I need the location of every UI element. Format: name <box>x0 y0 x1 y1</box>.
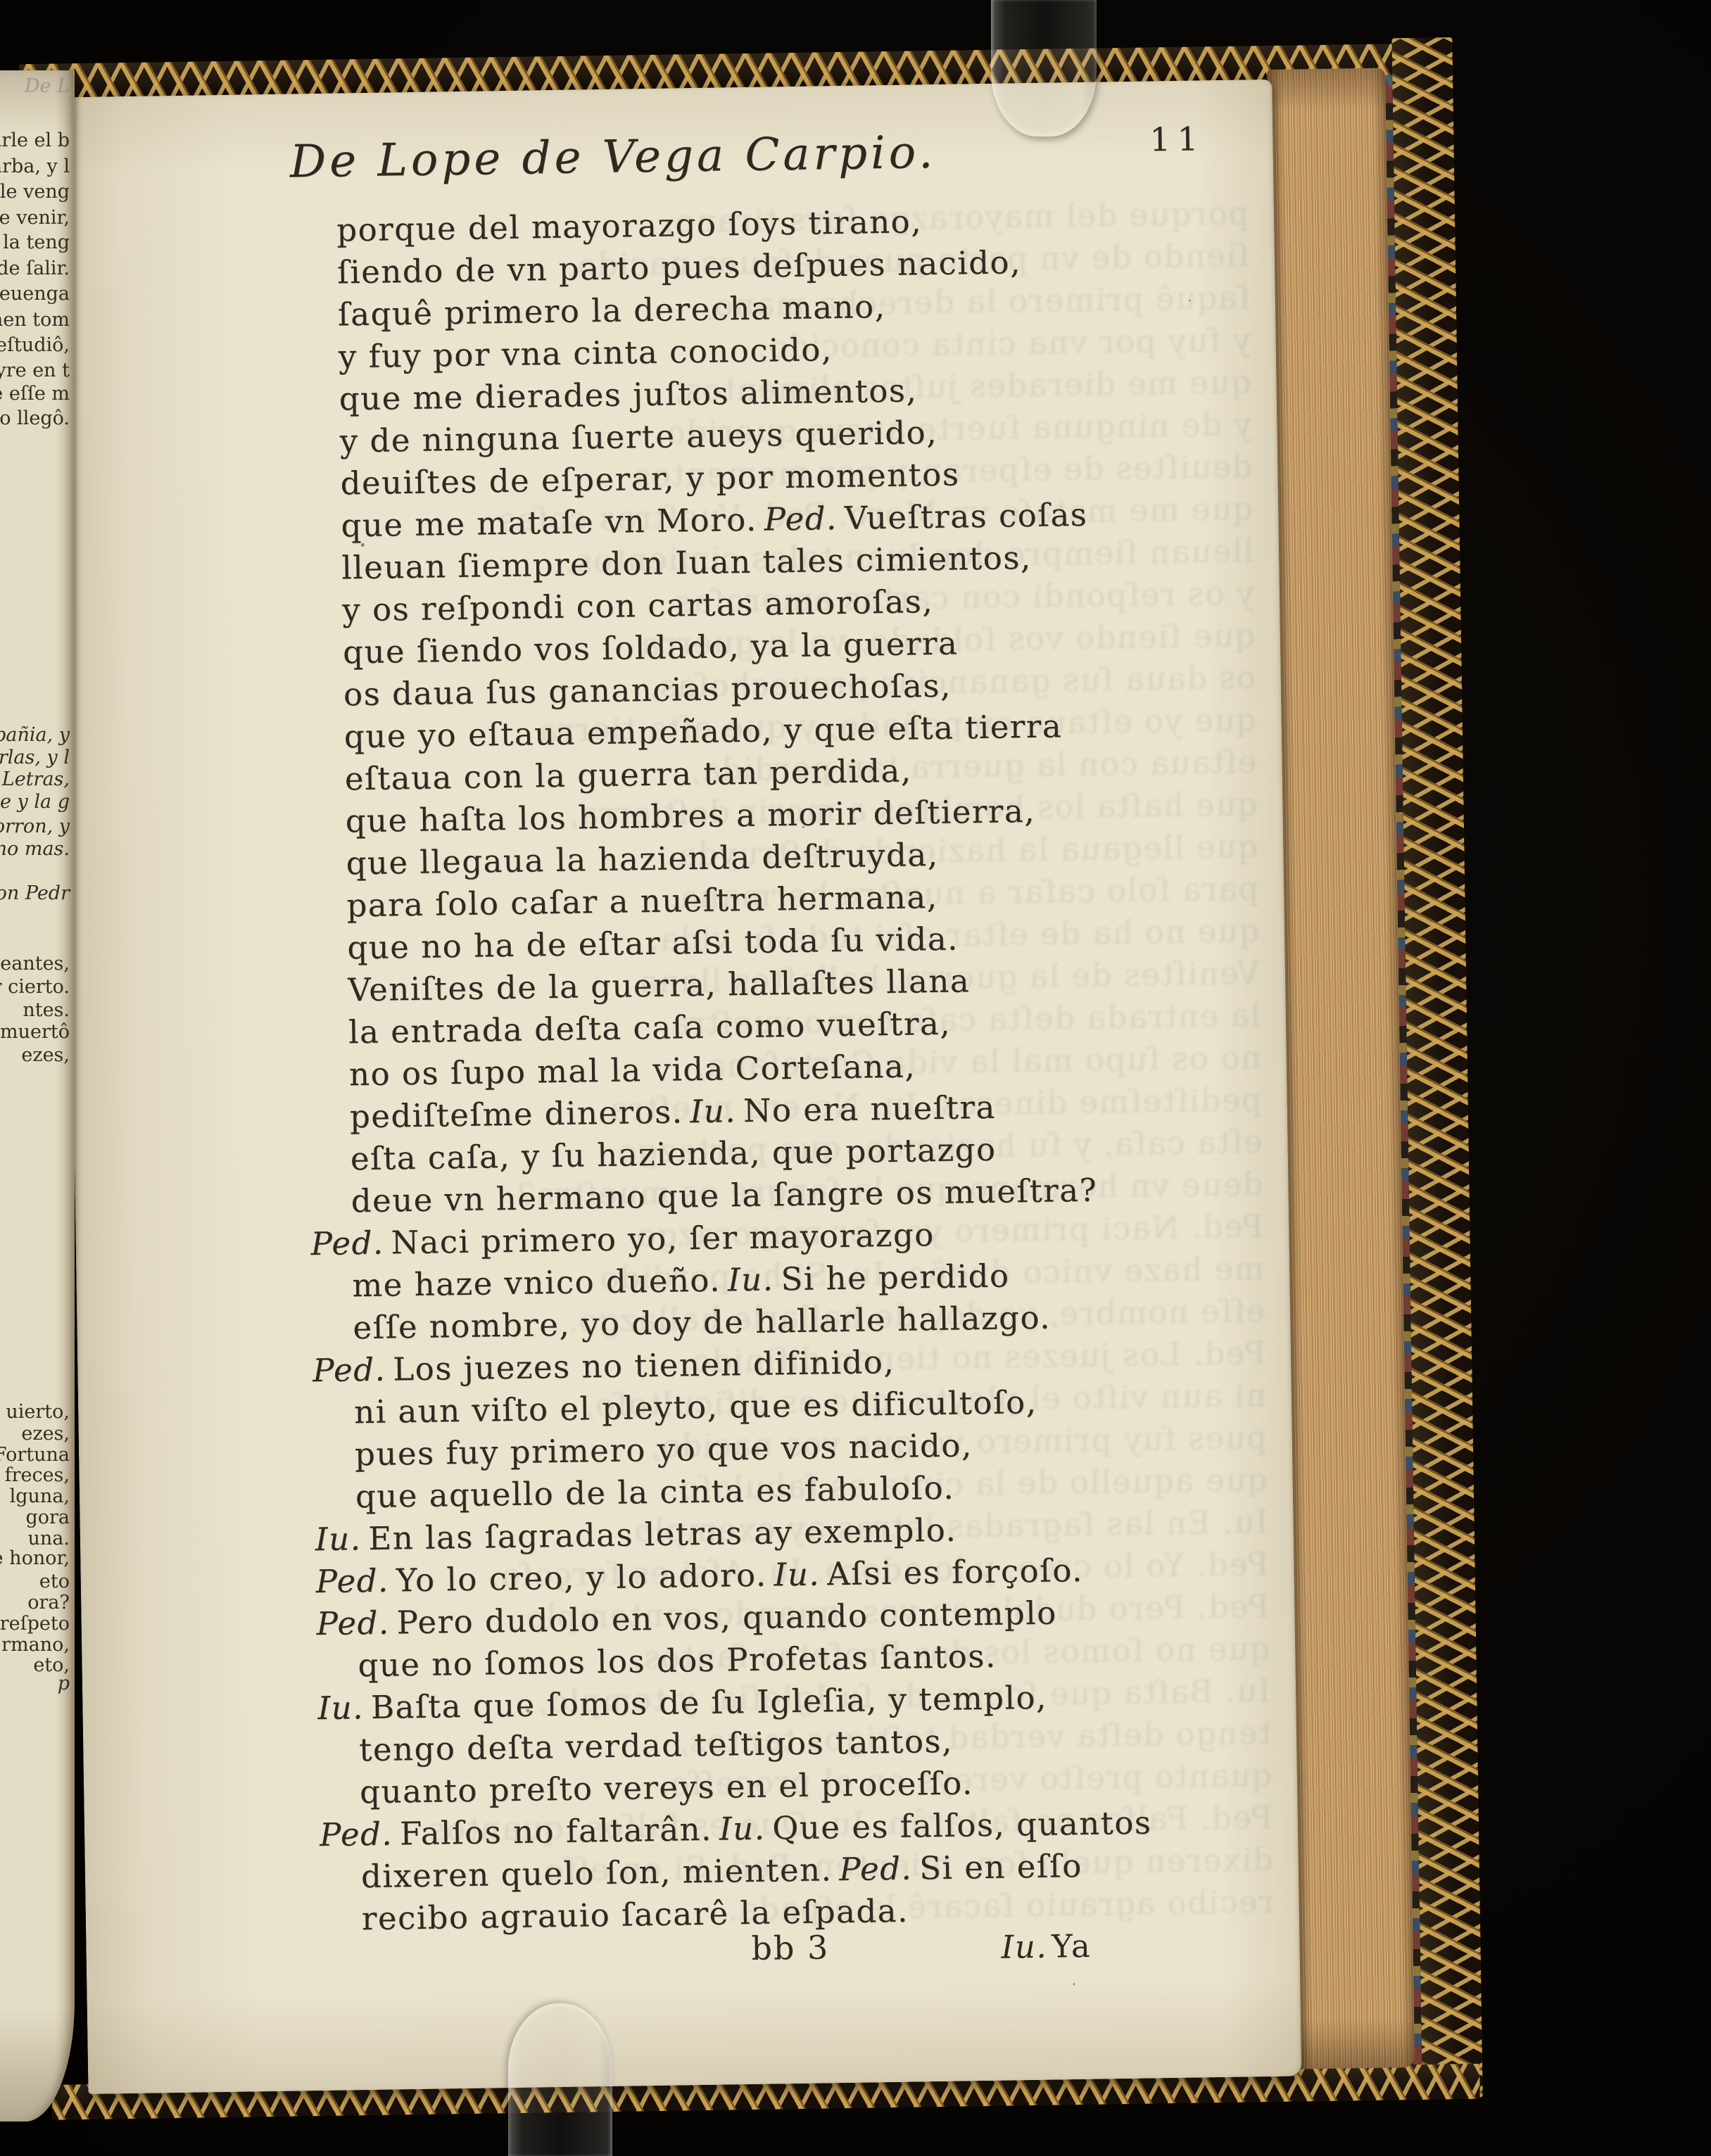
speaker-abbrev: Ped. <box>316 1604 396 1643</box>
speaker-abbrev: Iu. <box>315 1520 367 1558</box>
verso-text-fragment: donayre en t <box>0 360 70 381</box>
verse-text: deue vn hermano que la ſangre os mueſtra… <box>351 1172 1097 1220</box>
verse-text: y fuy por vna cinta conocido, <box>339 331 833 375</box>
verso-text-fragment: r cierto. <box>0 977 70 998</box>
verse-text: que me dierades juſtos alimentos, <box>339 372 917 417</box>
verso-text-fragment: arda de Letras, <box>0 769 70 790</box>
verso-text-fragment: ntes. <box>23 1000 70 1021</box>
verse-text: que yo eſtaua empeñado, y que eſta tierr… <box>344 707 1063 755</box>
verso-text-fragment: â ſin barba, y l <box>0 156 70 177</box>
verso-text-fragment: nteras muertô <box>0 1022 70 1043</box>
verso-text-fragment: puntarle el b <box>0 130 70 151</box>
verso-text-fragment: gora <box>25 1507 70 1528</box>
verso-text-fragment: ezes, <box>21 1045 70 1066</box>
verse-text: dixeren quelo ſon, mienten. <box>361 1851 833 1895</box>
running-title: De Lope de Vega Carpio. <box>289 127 937 189</box>
verse-text: me haze vnico dueño. <box>352 1262 721 1305</box>
verse-text: Vueſtras coſas <box>842 496 1087 537</box>
catchword-speaker: Iu. <box>1001 1928 1052 1966</box>
verse-text: Veniſtes de la guerra, hallaſtes llana <box>348 962 971 1008</box>
transparent-strap-top <box>991 0 1097 137</box>
verse-text: eſtaua con la guerra tan perdida, <box>344 752 911 797</box>
verse-text: no os ſupo mal la vida Corteſana, <box>349 1047 916 1093</box>
transparent-strap-bottom <box>508 2003 612 2156</box>
verse-text: eſta caſa, y ſu hazienda, que portazgo <box>350 1131 996 1178</box>
verse-text: ſiendo de vn parto pues deſpues nacido, <box>337 243 1021 291</box>
book-page: porque del mayorazgo ſoys tirano,ſiendo … <box>58 80 1301 2094</box>
verse-text: Si en eſſo <box>918 1847 1082 1886</box>
verso-text-fragment: Capigorron, y <box>0 816 70 837</box>
verse-text-block: porque del mayorazgo ſoys tirano,ſiendo … <box>296 196 1285 1941</box>
verse-text: Que es falſos, quantos <box>771 1804 1152 1847</box>
verso-text-fragment: la compañia, y <box>0 725 70 746</box>
verse-text: os daua ſus ganancias prouechoſas, <box>343 667 952 714</box>
verso-text-fragment: ſerâ de eſſe m <box>0 383 70 405</box>
speaker-abbrev: Iu. <box>766 1555 826 1593</box>
verse-text: que aquello de la cinta es fabuloſo. <box>355 1469 955 1516</box>
verso-text-fragment: quando la teng <box>0 232 70 253</box>
verse-text: la entrada deſta caſa como vueſtra, <box>348 1005 952 1051</box>
speaker-abbrev: Ped. <box>832 1850 918 1889</box>
page-number: 11 <box>1149 120 1205 158</box>
verse-text: lleuan ſiempre don Iuan tales cimientos, <box>341 539 1032 587</box>
verse-text: Naci primero yo, ſer mayorazgo <box>389 1216 935 1261</box>
verse-text: y de ninguna ſuerte aueys querido, <box>339 414 937 460</box>
verse-text: que no ha de eſtar aſsi toda ſu vida. <box>347 920 959 967</box>
speaker-abbrev: Ped. <box>757 500 843 538</box>
verso-text-fragment: es, y borlas, y l <box>0 747 70 768</box>
speaker-abbrev: Iu. <box>721 1260 780 1298</box>
verso-text-fragment: â que le veng <box>0 182 70 203</box>
verse-text: Aſsi es forçoſo. <box>826 1552 1084 1592</box>
verso-text-fragment: lguna, <box>10 1486 70 1507</box>
verse-text: quanto preſto vereys en el proceſſo. <box>360 1764 973 1811</box>
speaker-abbrev: Ped. <box>320 1815 399 1853</box>
verse-text: Baſta que ſomos de ſu Igleſia, y templo, <box>370 1679 1048 1726</box>
verso-text-fragment: ezes, <box>21 1423 70 1445</box>
verse-text: Pero dudolo en vos, quando contemplo <box>395 1594 1057 1642</box>
verse-text: que ſiendo vos ſoldado, ya la guerra <box>343 625 959 671</box>
facing-page-edge: De Lpuntarle el bâ ſin barba, y lâ que l… <box>0 70 75 2122</box>
verse-text: pediſteſme dineros. <box>350 1093 683 1135</box>
verse-text: y os reſpondi con cartas amoroſas, <box>342 583 934 628</box>
verso-text-fragment: eyteantes, <box>0 953 70 975</box>
verse-text: Si he perdido <box>779 1257 1010 1298</box>
verso-text-fragment: rmano, <box>1 1635 70 1656</box>
verso-text-fragment: vexamen tom <box>0 310 70 331</box>
verse-text: No era nueſtra <box>742 1089 996 1129</box>
verse-text: ni aun viſto el pleyto, que es dificulto… <box>354 1383 1037 1431</box>
verso-text-fragment: freces, <box>5 1465 70 1486</box>
speaker-abbrev: Iu. <box>317 1689 370 1727</box>
verso-text-fragment: Fortuna <box>0 1445 70 1466</box>
verso-text-fragment: eto <box>39 1571 70 1592</box>
speaker-abbrev: Ped. <box>315 1562 395 1601</box>
verse-text: Falſos no faltarân. <box>398 1811 713 1853</box>
verso-text-fragment: o ſe preuenga <box>0 284 70 305</box>
verso-text-fragment: uen de ſalir. <box>0 258 70 279</box>
verso-text-fragment: ndo llegô. <box>0 408 70 429</box>
verse-text: para ſolo caſar a nueſtra hermana, <box>346 878 938 924</box>
verso-text-fragment: o lo eſtudiô, <box>0 335 70 356</box>
catchword: Iu.Ya <box>1001 1927 1091 1966</box>
verse-text: que haſta los hombres a morir deſtierra, <box>345 792 1035 840</box>
verse-text: pues fuy primero yo que vos nacido, <box>355 1426 973 1473</box>
speaker-abbrev: Ped. <box>310 1224 390 1263</box>
verse-text: que no ſomos los dos Profetas ſantos. <box>358 1637 997 1684</box>
photo-background: porque del mayorazgo ſoys tirano,ſiendo … <box>0 0 1711 2156</box>
verso-text-fragment: n reſpeto <box>0 1613 70 1635</box>
signature-mark: bb 3 <box>751 1928 830 1967</box>
verse-text: porque del mayorazgo ſoys tirano, <box>336 203 922 248</box>
book-block: porque del mayorazgo ſoys tirano,ſiendo … <box>13 9 1483 2127</box>
verso-text-fragment: bre honor, <box>0 1548 70 1569</box>
verso-text-fragment: p <box>58 1673 70 1694</box>
verse-text: Yo lo creo, y lo adoro. <box>394 1556 767 1599</box>
verso-text-fragment: uierto, <box>6 1402 70 1423</box>
verso-text-fragment: una. <box>28 1528 70 1549</box>
catchword-word: Ya <box>1052 1927 1092 1965</box>
verso-text-fragment: fuente y la g <box>0 792 70 813</box>
verso-text-fragment: no mas. <box>0 839 70 860</box>
speaker-abbrev: Iu. <box>712 1810 771 1848</box>
verso-text-fragment: ora? <box>27 1592 70 1613</box>
verse-text: que llegaua la hazienda deſtruyda, <box>346 836 939 882</box>
verse-text: En las ſagradas letras ay exemplo. <box>367 1511 957 1557</box>
verse-text: tengo deſta verdad teſtigos tantos, <box>359 1723 953 1769</box>
speaker-abbrev: Iu. <box>683 1092 742 1130</box>
verse-text: ſaquê primero la derecha mano, <box>338 288 886 334</box>
verso-text-fragment: do y don Pedr <box>0 883 70 904</box>
verse-text: que me mataſe vn Moro. <box>341 501 757 545</box>
speaker-abbrev: Ped. <box>312 1351 392 1390</box>
verso-text-fragment: De L <box>25 76 70 97</box>
verse-text: Los juezes no tienen difinido, <box>391 1343 895 1388</box>
verse-text: deuiſtes de eſperar, y por momentos <box>340 455 960 502</box>
verse-text: eſſe nombre, yo doy de hallarle hallazgo… <box>353 1299 1051 1347</box>
verso-text-fragment: e puede venir, <box>0 208 70 229</box>
